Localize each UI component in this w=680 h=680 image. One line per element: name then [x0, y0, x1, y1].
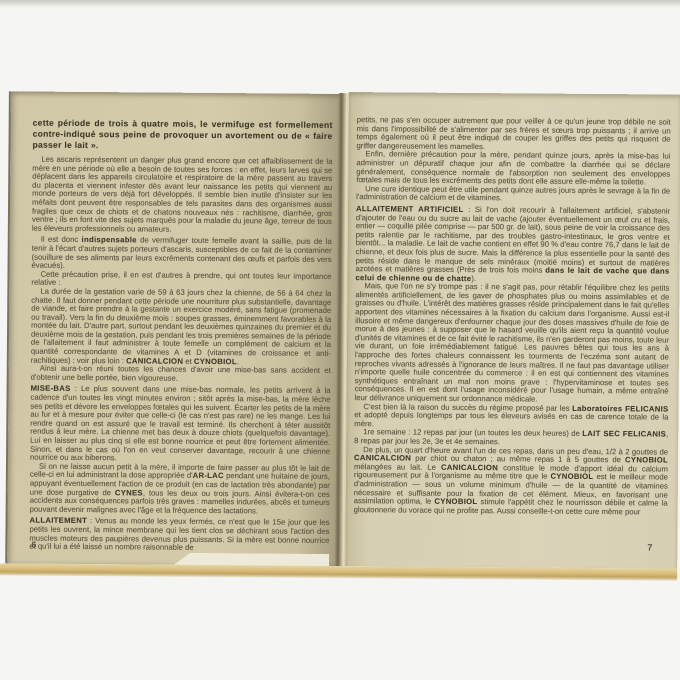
- paragraph: petits, ne pas s'en occuper autrement qu…: [356, 116, 670, 153]
- paragraph: La durée de la gestation varie de 59 à 6…: [31, 287, 332, 367]
- paragraph: cette période de trois à quatre mois, le…: [32, 118, 332, 153]
- paragraph: Ainsi aura-t-on réuni toutes les chances…: [31, 365, 331, 385]
- page-right-text: petits, ne pas s'en occuper autrement qu…: [354, 116, 671, 517]
- paragraph: C'est bien là la raison du succès du rég…: [354, 403, 668, 431]
- paragraph: Si on ne laisse aucun petit à la mère, i…: [30, 462, 330, 516]
- paragraph: Enfin, dernière précaution pour la mère,…: [356, 150, 670, 187]
- open-booklet: cette période de trois à quatre mois, le…: [0, 91, 680, 582]
- paragraph: MISE-BAS : Le plus souvent dans une mise…: [30, 385, 331, 465]
- paragraph: Les ascaris représentent un danger plus …: [32, 156, 333, 236]
- paragraph: Il est donc indispensable de vermifuger …: [32, 236, 332, 273]
- paragraph: Mais, que l'on ne s'y trompe pas : il ne…: [354, 282, 669, 405]
- page-number-left: 6: [31, 540, 36, 550]
- paragraph: De plus, un quart d'heure avant l'un de …: [354, 446, 669, 517]
- page-number-right: 7: [647, 542, 652, 552]
- paragraph: Une cure identique peut être utile penda…: [356, 185, 670, 205]
- page-left-text: cette période de trois à quatre mois, le…: [29, 118, 332, 554]
- paragraph: ALLAITEMENT : Venus au monde les yeux fe…: [29, 517, 329, 554]
- paragraph: ALLAITEMENT ARTIFICIEL : Si l'on doit re…: [355, 205, 670, 285]
- photo-top-shade: [0, 0, 680, 8]
